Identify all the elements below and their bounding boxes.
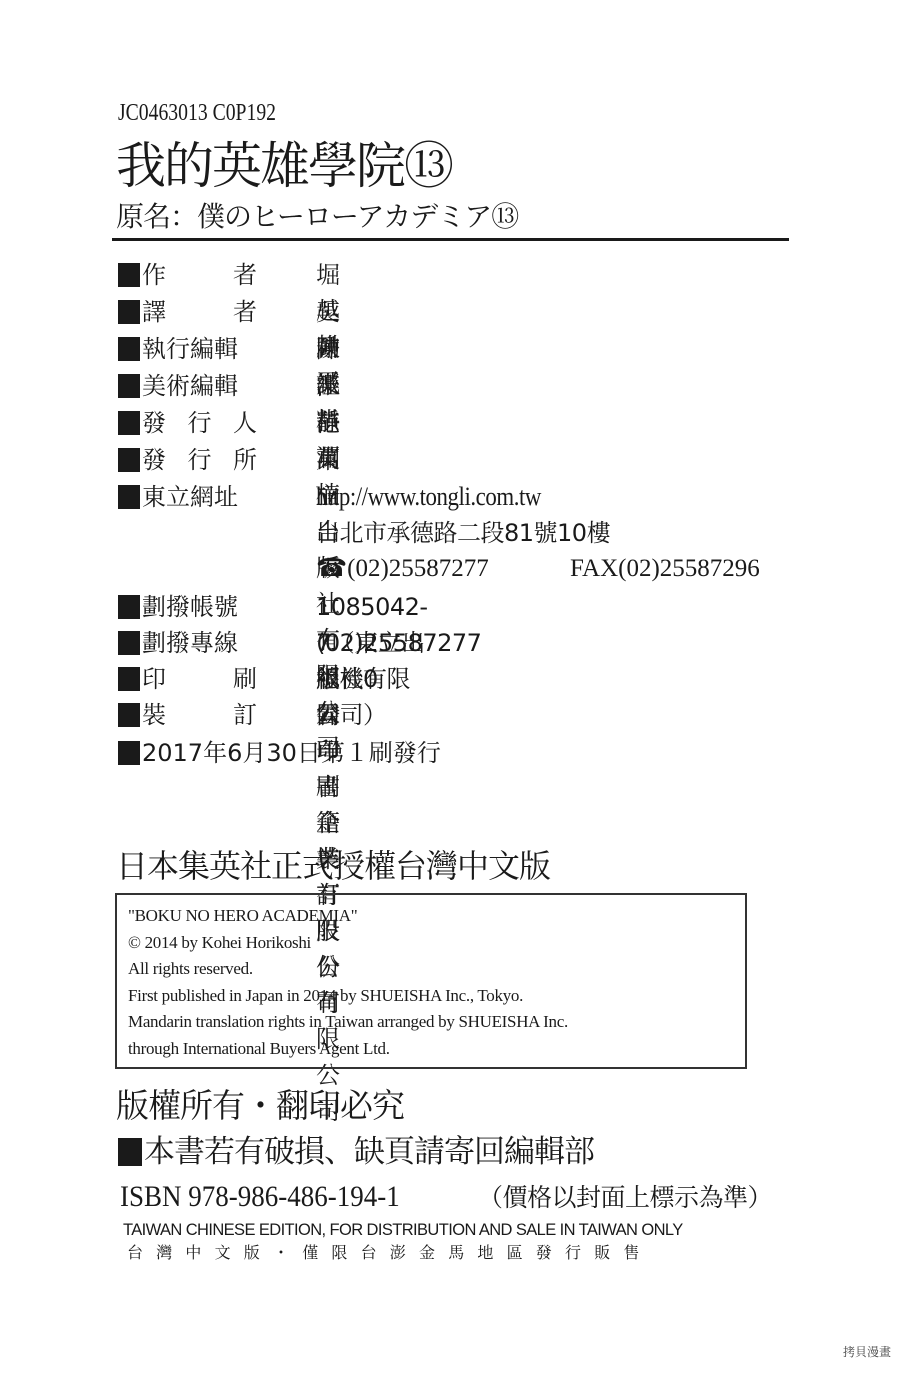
payment-value: (02)25587277 總機0 [316,625,481,697]
edition-english: TAIWAN CHINESE EDITION, FOR DISTRIBUTION… [123,1219,683,1241]
bullet-square-icon [118,1138,142,1166]
bullet-square-icon [118,741,140,765]
original-title: 原名：僕のヒーローアカデミア⑬ [116,200,518,234]
payment-label: 劃撥帳號 [142,589,257,625]
payment-row-binding: 裝訂 同一書籍裝訂股份有限公司 [118,697,257,733]
payment-label: 裝訂 [142,697,257,733]
website-link[interactable]: http://www.tongli.com.tw [316,479,541,515]
payment-row-printing: 印刷 福霖印刷企業有限公司 [118,661,257,697]
bullet-square-icon [118,448,140,472]
copyright-line: through International Buyers Agent Ltd. [128,1036,745,1063]
credit-label: 發行人 [142,405,257,441]
credit-row-website: 東立網址 http://www.tongli.com.tw [118,479,257,515]
watermark: 拷貝漫畫 [843,1343,891,1360]
credit-row-executive-editor: 執行編輯 陳樂粠 [118,331,257,367]
contact-line: ☎(02)25587277 FAX(02)25587296 [316,551,786,587]
damage-notice: 本書若有破損、缺頁請寄回編輯部 [144,1131,594,1173]
license-heading: 日本集英社正式授權台灣中文版 [116,846,550,886]
rights-notice: 版權所有・翻印必究 [116,1085,404,1127]
bullet-square-icon [118,703,140,727]
publish-date-row: 2017年6月30日第１刷發行 [118,735,441,771]
credit-label: 美術編輯 [142,368,257,404]
credit-row-art-editor: 美術編輯 江靜瀾 [118,368,257,404]
payment-label: 印刷 [142,661,257,697]
phone-number: (02)25587277 [347,555,489,582]
publish-date: 2017年6月30日第１刷發行 [142,735,441,771]
copyright-line: Mandarin translation rights in Taiwan ar… [128,1009,745,1036]
fax-number: FAX(02)25587296 [570,551,760,587]
copyright-box: "BOKU NO HERO ACADEMIA" © 2014 by Kohei … [115,893,747,1069]
bullet-square-icon [118,595,140,619]
credit-row-translator: 譯者 吳勵誠 [118,294,257,330]
book-title: 我的英雄學院⑬ [116,136,452,196]
bullet-square-icon [118,300,140,324]
payment-row-account: 劃撥帳號 1085042-7（東立出版社有限公司） [118,589,257,625]
address: 台北市承德路二段81號10樓 [316,515,610,551]
credit-row-publishing-house: 發行所 東立出版社有限公司 [118,442,257,478]
credit-row-publisher: 發行人 范萬楠 [118,405,257,441]
phone-icon: ☎ [316,551,347,587]
bullet-square-icon [118,263,140,287]
bullet-square-icon [118,374,140,398]
credit-label: 發行所 [142,442,257,478]
credit-label: 譯者 [142,294,257,330]
bullet-square-icon [118,337,140,361]
payment-row-hotline: 劃撥專線 (02)25587277 總機0 [118,625,257,661]
copyright-line: All rights reserved. [128,956,745,983]
credit-label: 作者 [142,257,257,293]
copyright-line: First published in Japan in 2014 by SHUE… [128,983,745,1010]
isbn: ISBN 978-986-486-194-1 [120,1178,431,1216]
credit-label: 東立網址 [142,479,257,515]
bullet-square-icon [118,631,140,655]
price-note: （價格以封面上標示為準） [478,1180,772,1216]
copyright-line: © 2014 by Kohei Horikoshi [128,930,745,957]
payment-label: 劃撥專線 [142,625,257,661]
title-divider [112,238,789,241]
bullet-square-icon [118,485,140,509]
catalog-code: JC0463013 C0P192 [118,100,276,127]
damage-notice-row: 本書若有破損、缺頁請寄回編輯部 [118,1131,594,1173]
edition-chinese: 台灣中文版・僅限台澎金馬地區發行販售 [127,1242,653,1264]
credit-row-author: 作者 堀越耕平 [118,257,257,293]
bullet-square-icon [118,667,140,691]
copyright-line: "BOKU NO HERO ACADEMIA" [128,903,745,930]
bullet-square-icon [118,411,140,435]
credit-label: 執行編輯 [142,331,257,367]
